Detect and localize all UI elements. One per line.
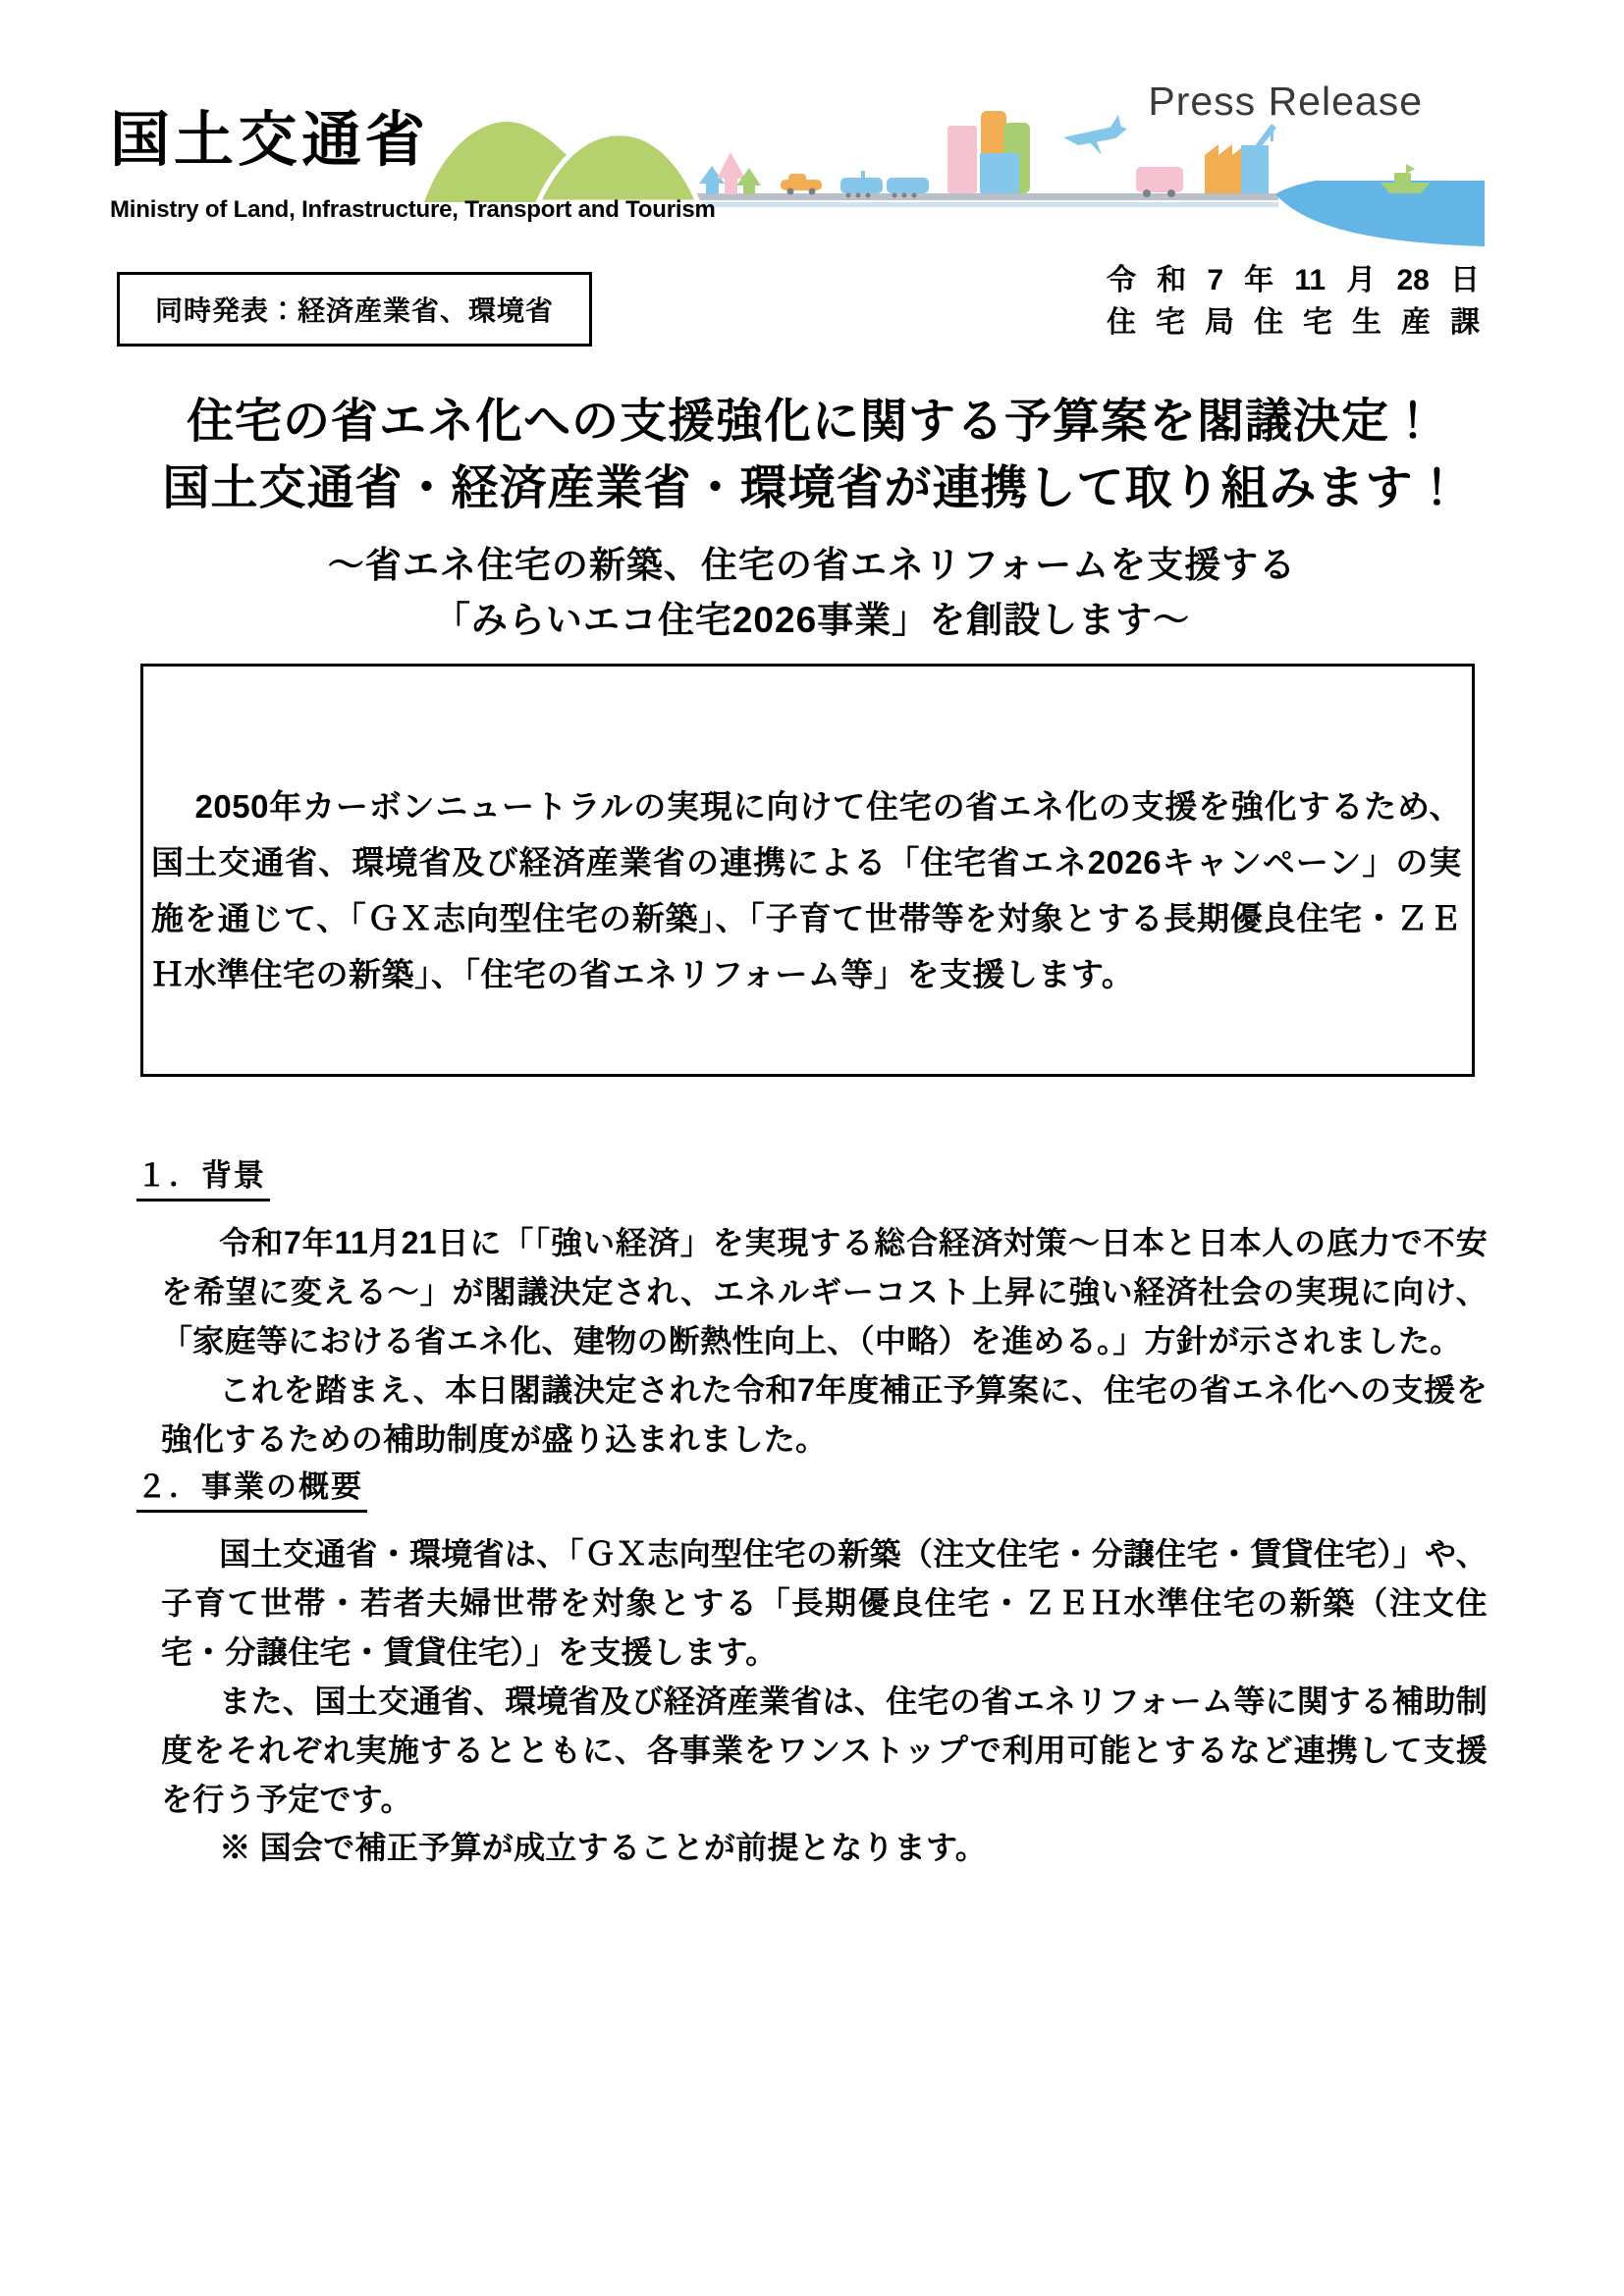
title-line-2: 国土交通省・経済産業省・環境省が連携して取り組みます！ [0,455,1624,522]
section-paragraph: 令和7年11月21日に「「強い経済」を実現する総合経済対策～日本と日本人の底力で… [161,1219,1488,1366]
summary-text: 2050年カーボンニュートラルの実現に向けて住宅の省エネ化の支援を強化するため、… [151,778,1462,1002]
tree-icons [699,152,761,194]
date-block: 令和7年11月28日 住宅局住宅生産課 [1107,260,1480,344]
section-paragraph: また、国土交通省、環境省及び経済産業省は、住宅の省エネリフォーム等に関する補助制… [161,1678,1488,1825]
title-line-1: 住宅の省エネ化への支援強化に関する予算案を閣議決定！ [0,389,1624,455]
factory-icon [1205,144,1241,193]
crane-icon [1241,124,1276,193]
mlit-logo-japanese: 国土交通省 [110,92,429,178]
buildings-icon [947,111,1030,193]
hills-icon [424,122,698,202]
header: 国土交通省 Ministry of Land, Infrastructure, … [0,0,1624,260]
water-shape [1275,181,1485,246]
section-background: １．背景 令和7年11月21日に「「強い経済」を実現する総合経済対策～日本と日本… [136,1150,1488,1465]
title-subtitle-1: ～省エネ住宅の新築、住宅の省エネリフォームを支援する [0,538,1624,593]
supplementary-note: ※ 国会で補正予算が成立することが前提となります。 [161,1824,1488,1873]
joint-release-box: 同時発表：経済産業省、環境省 [117,272,592,347]
section-project-overview: ２．事業の概要 国土交通省・環境省は、「ＧＸ志向型住宅の新築（注文住宅・分譲住宅… [136,1462,1488,1873]
release-date: 令和7年11月28日 [1107,260,1480,302]
car-icon [781,174,822,195]
truck-icon [1136,167,1183,197]
section-paragraph: これを踏まえ、本日閣議決定された令和7年度補正予算案に、住宅の省エネ化への支援を… [161,1366,1488,1465]
road-line [676,193,1278,207]
section-heading: ２．事業の概要 [136,1462,367,1513]
joint-release-text: 同時発表：経済産業省、環境省 [155,290,554,329]
ship-icon [1380,164,1431,193]
title-subtitle-2: 「みらいエコ住宅2026事業」を創設します～ [0,593,1624,648]
page-title: 住宅の省エネ化への支援強化に関する予算案を閣議決定！ 国土交通省・経済産業省・環… [0,389,1624,647]
airplane-icon [1063,115,1127,155]
press-release-page: { "header": { "agency_name_ja": "国土交通省",… [0,0,1624,2296]
summary-box: 2050年カーボンニュートラルの実現に向けて住宅の省エネ化の支援を強化するため、… [140,664,1475,1077]
section-heading: １．背景 [136,1150,270,1201]
section-paragraph: 国土交通省・環境省は、「ＧＸ志向型住宅の新築（注文住宅・分譲住宅・賃貸住宅）」や… [161,1530,1488,1678]
release-department: 住宅局住宅生産課 [1107,302,1480,345]
press-release-label: Press Release [1148,79,1423,125]
mlit-logo-english: Ministry of Land, Infrastructure, Transp… [110,196,716,224]
